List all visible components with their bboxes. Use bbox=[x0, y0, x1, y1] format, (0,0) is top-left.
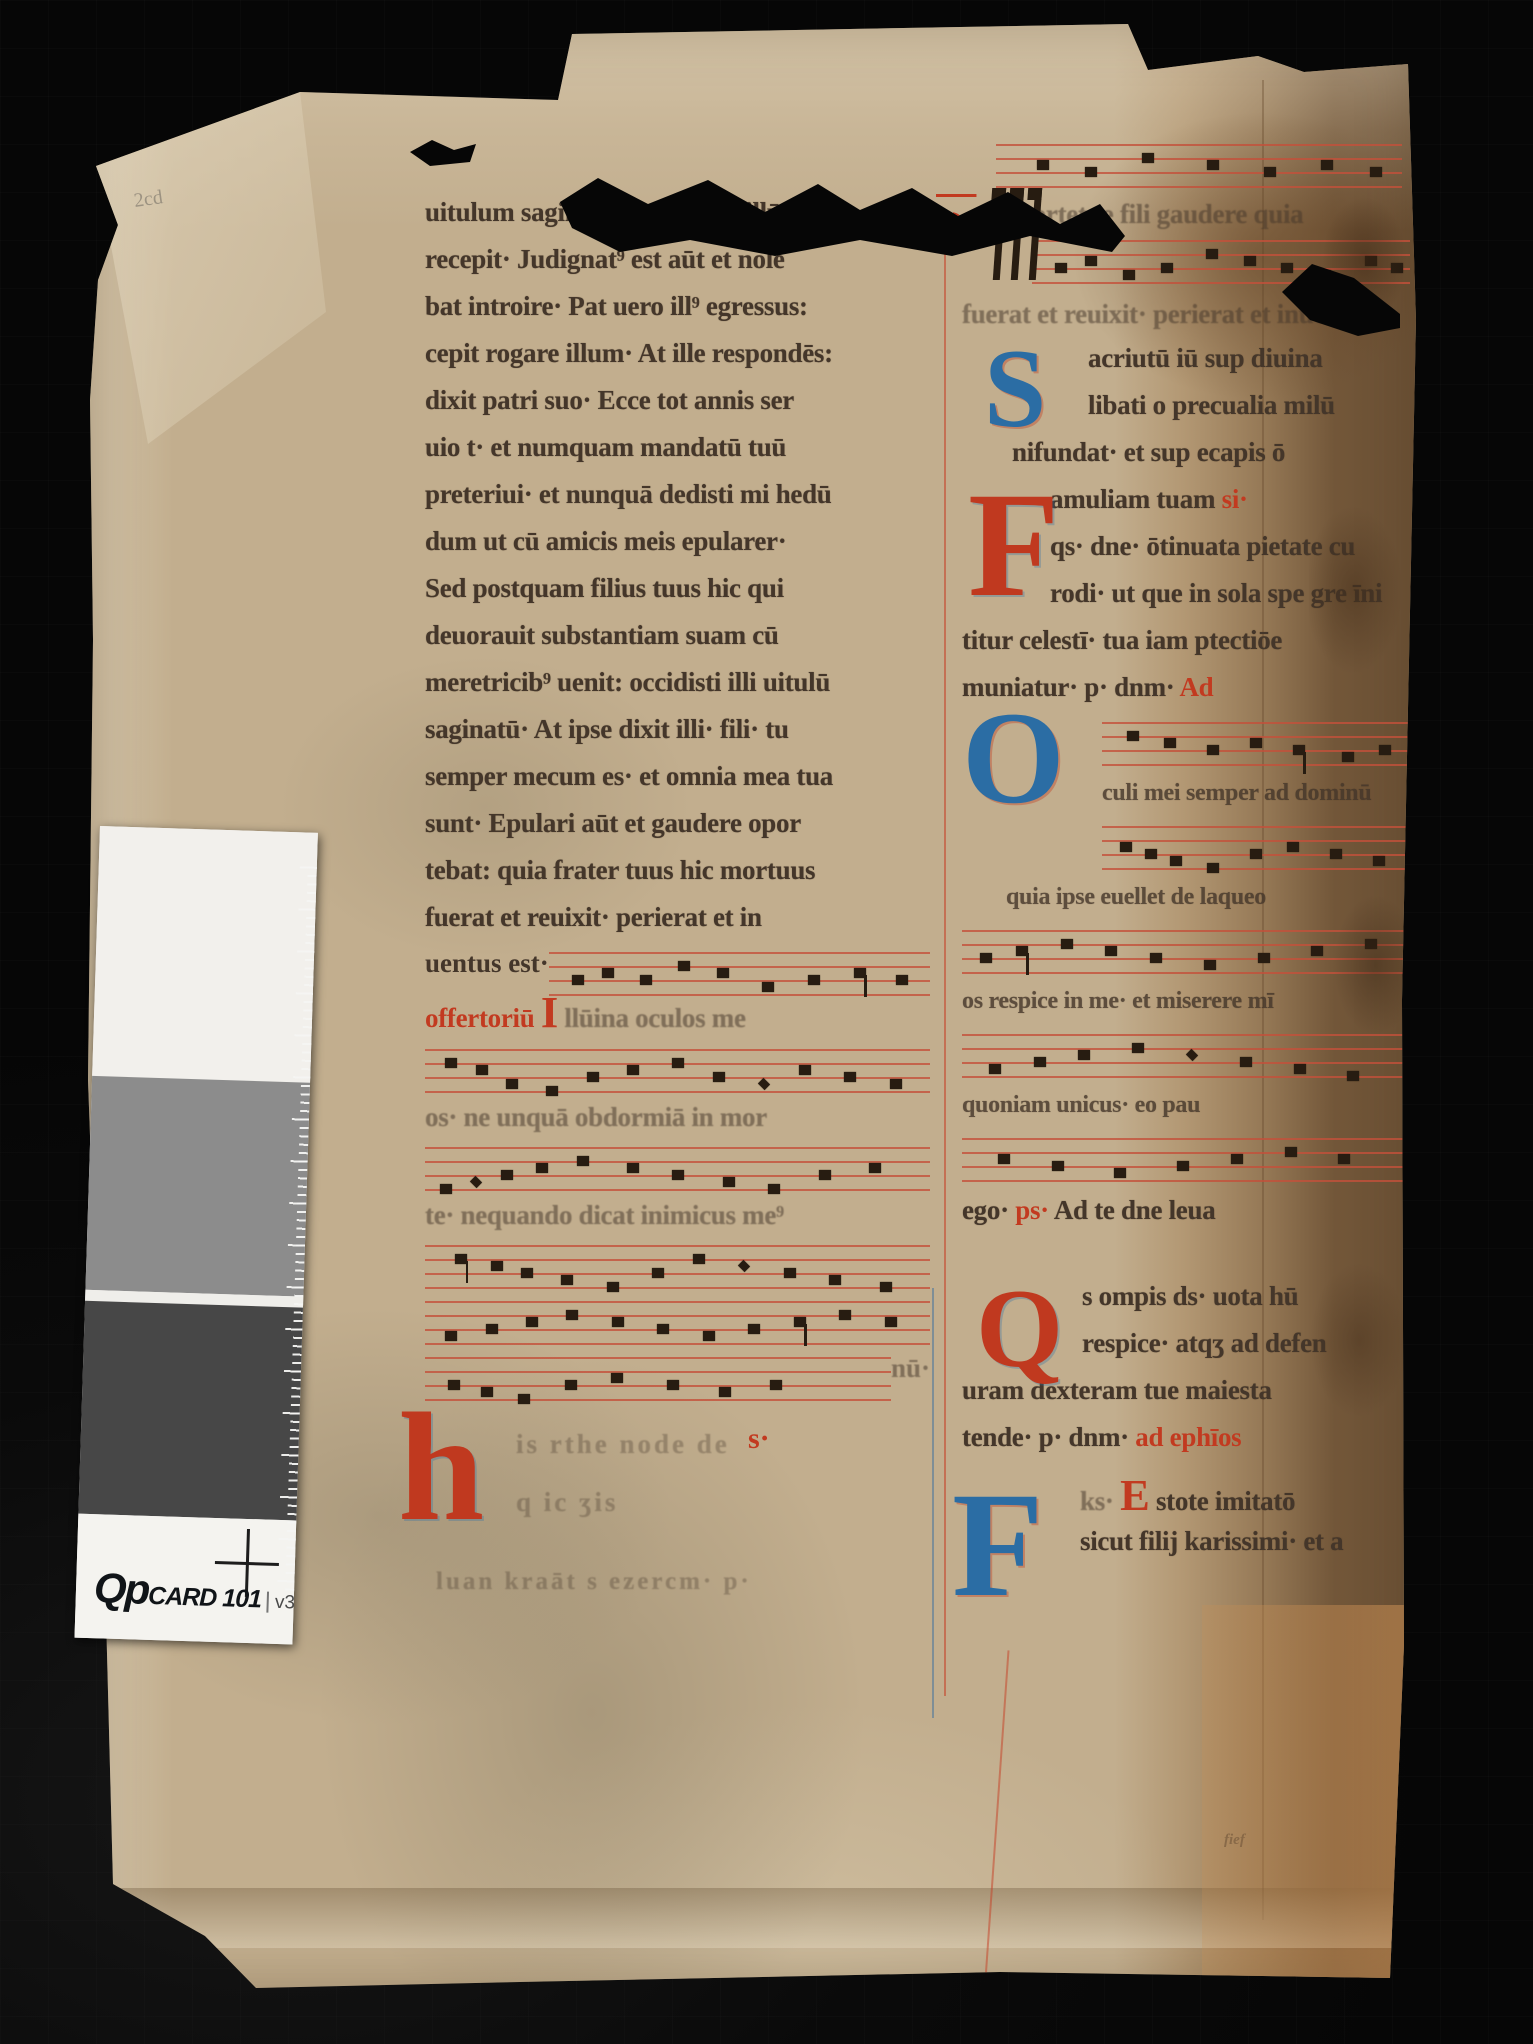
manuscript-line: dum ut cū amicis meis epularer· bbox=[425, 525, 930, 572]
neume bbox=[819, 1170, 831, 1180]
neume bbox=[611, 1373, 623, 1383]
neume bbox=[1052, 1161, 1064, 1171]
neume bbox=[627, 1065, 639, 1075]
neume bbox=[561, 1275, 573, 1285]
neume bbox=[1207, 745, 1219, 755]
neume bbox=[518, 1394, 530, 1404]
illuminated-initial-F: F bbox=[968, 482, 1060, 610]
neume bbox=[486, 1324, 498, 1334]
neume bbox=[998, 1154, 1010, 1164]
neume bbox=[1034, 1057, 1046, 1067]
manuscript-line: sunt· Epulari aūt et gaudere opor bbox=[425, 807, 930, 854]
illuminated-initial-O: O bbox=[962, 702, 1065, 814]
neume bbox=[1264, 167, 1276, 177]
neume bbox=[1078, 1050, 1090, 1060]
manuscript-line: cepit rogare illum· At ille respondēs: bbox=[425, 337, 930, 384]
neume bbox=[1287, 842, 1299, 852]
neume bbox=[844, 1072, 856, 1082]
neume bbox=[880, 1282, 892, 1292]
manuscript-line: bat introire· Pat uero ill⁹ egressus: bbox=[425, 290, 930, 337]
neume bbox=[1150, 953, 1162, 963]
neume bbox=[1244, 256, 1256, 266]
illuminated-initial-Q: Q bbox=[976, 1282, 1063, 1377]
neume bbox=[565, 1380, 577, 1390]
neume bbox=[470, 1176, 482, 1188]
manuscript-line: tebat: quia frater tuus hic mortuus bbox=[425, 854, 930, 901]
neume bbox=[566, 1310, 578, 1320]
neume bbox=[1281, 263, 1293, 273]
patch-white bbox=[92, 826, 318, 1083]
neume bbox=[896, 975, 908, 985]
neume bbox=[770, 1380, 782, 1390]
neume bbox=[667, 1380, 679, 1390]
manuscript-line: fuerat et reuixit· perierat et in bbox=[425, 901, 930, 948]
brand-card-101: CARD 101 bbox=[148, 1582, 262, 1614]
marginal-mark: luan kraāt s ezercm· p· bbox=[436, 1566, 752, 1597]
neume bbox=[1123, 270, 1135, 280]
neume bbox=[587, 1072, 599, 1082]
neume bbox=[829, 1275, 841, 1285]
manuscript-line: uio t· et numquam mandatū tuū bbox=[425, 431, 930, 478]
neume bbox=[672, 1170, 684, 1180]
music-staff-row bbox=[425, 1297, 930, 1353]
calibration-card: QpCARD 101v3 bbox=[74, 826, 317, 1644]
neume bbox=[1231, 1154, 1243, 1164]
manuscript-line: recepit· Judignat⁹ est aūt et nole bbox=[425, 243, 930, 290]
neume bbox=[445, 1331, 457, 1341]
neume bbox=[1127, 731, 1139, 741]
neume bbox=[890, 1079, 902, 1089]
neume bbox=[627, 1163, 639, 1173]
neume bbox=[808, 975, 820, 985]
neume bbox=[440, 1184, 452, 1194]
neume bbox=[980, 953, 992, 963]
neume bbox=[738, 1260, 750, 1272]
neume bbox=[1061, 939, 1073, 949]
neume bbox=[672, 1058, 684, 1068]
music-staff-row: uentus est· bbox=[425, 948, 930, 995]
manuscript-line: offertoriū I llūina oculos me bbox=[425, 995, 930, 1045]
pencil-note: 2cd bbox=[133, 186, 165, 213]
neume bbox=[1120, 842, 1132, 852]
neume bbox=[1016, 946, 1028, 956]
neume bbox=[1142, 153, 1154, 163]
neume bbox=[536, 1163, 548, 1173]
manuscript-line: deuorauit substantiam suam cū bbox=[425, 619, 930, 666]
brand-qp: Qp bbox=[93, 1564, 149, 1613]
neume bbox=[1037, 160, 1049, 170]
column-divider-flourish bbox=[944, 216, 946, 1696]
manuscript-line: dixit patri suo· Ecce tot annis ser bbox=[425, 384, 930, 431]
neume bbox=[703, 1331, 715, 1341]
patch-gray-dark bbox=[78, 1301, 303, 1521]
neume bbox=[506, 1079, 518, 1089]
neume bbox=[1132, 1043, 1144, 1053]
music-staff-row bbox=[425, 1045, 930, 1101]
neume bbox=[1250, 738, 1262, 748]
neume bbox=[521, 1268, 533, 1278]
music-staff-row: nū· bbox=[425, 1353, 930, 1409]
neume bbox=[762, 982, 774, 992]
neume bbox=[1114, 1168, 1126, 1178]
neume bbox=[572, 975, 584, 985]
manuscript-line: os· ne unquā obdormiā in mor bbox=[425, 1101, 930, 1143]
neume bbox=[1186, 1049, 1198, 1061]
neume bbox=[989, 1064, 1001, 1074]
neume bbox=[748, 1324, 760, 1334]
neume bbox=[1055, 263, 1067, 273]
neume bbox=[602, 968, 614, 978]
neume bbox=[612, 1317, 624, 1327]
marginal-mark: s· bbox=[748, 1422, 770, 1456]
stain-band-orange bbox=[1202, 1605, 1420, 1988]
neume bbox=[1207, 160, 1219, 170]
neume bbox=[1085, 167, 1097, 177]
neume bbox=[476, 1065, 488, 1075]
neume bbox=[1145, 849, 1157, 859]
music-staff-row bbox=[425, 1241, 930, 1297]
manuscript-line: Sed postquam filius tuus hic qui bbox=[425, 572, 930, 619]
neume bbox=[1285, 1147, 1297, 1157]
marginal-mark: is rthe node de bbox=[516, 1428, 730, 1462]
neume bbox=[678, 961, 690, 971]
neume bbox=[640, 975, 652, 985]
neume bbox=[607, 1282, 619, 1292]
neume bbox=[577, 1156, 589, 1166]
stain-band-dark bbox=[1309, 140, 1420, 1640]
neume bbox=[784, 1268, 796, 1278]
manuscript-line: semper mecum es· et omnia mea tua bbox=[425, 760, 930, 807]
neume bbox=[501, 1170, 513, 1180]
neume bbox=[1293, 745, 1305, 755]
neume bbox=[1207, 863, 1219, 873]
neume bbox=[1177, 1161, 1189, 1171]
marginal-mark: q ic ʒis bbox=[516, 1486, 618, 1520]
neume bbox=[758, 1078, 770, 1090]
neume bbox=[455, 1254, 467, 1264]
folded-corner-flap bbox=[84, 20, 424, 480]
neume bbox=[1258, 953, 1270, 963]
illuminated-initial-F: F bbox=[952, 1482, 1044, 1610]
photo-backdrop: uitulum saginatū quia saluū illūrecepit·… bbox=[0, 0, 1533, 2044]
manuscript-line: preteriui· et nunquā dedisti mi hedū bbox=[425, 478, 930, 525]
manuscript-line: saginatū· At ipse dixit illi· fili· tu bbox=[425, 713, 930, 760]
manuscript-line: meretricib⁹ uenit: occidisti illi uitulū bbox=[425, 666, 930, 713]
neume bbox=[546, 1086, 558, 1096]
neume bbox=[1240, 1057, 1252, 1067]
neume bbox=[526, 1317, 538, 1327]
neume bbox=[657, 1324, 669, 1334]
patch-gray-mid bbox=[85, 1076, 310, 1297]
brand-version: v3 bbox=[267, 1592, 296, 1614]
neume bbox=[1204, 960, 1216, 970]
neume bbox=[1206, 249, 1218, 259]
neume bbox=[693, 1254, 705, 1264]
neume bbox=[445, 1058, 457, 1068]
neume bbox=[794, 1317, 806, 1327]
neume bbox=[799, 1065, 811, 1075]
neume bbox=[1085, 256, 1097, 266]
blue-flourish-line bbox=[932, 1288, 934, 1718]
neume bbox=[768, 1184, 780, 1194]
neume bbox=[1294, 1064, 1306, 1074]
neume bbox=[713, 1072, 725, 1082]
manuscript-line: te· nequando dicat inimicus me⁹ bbox=[425, 1199, 930, 1241]
neume bbox=[1105, 946, 1117, 956]
neume bbox=[1161, 263, 1173, 273]
neume bbox=[839, 1310, 851, 1320]
neume bbox=[869, 1163, 881, 1173]
neume bbox=[854, 968, 866, 978]
neume bbox=[652, 1268, 664, 1278]
neume bbox=[723, 1177, 735, 1187]
neume bbox=[1170, 856, 1182, 866]
neume bbox=[885, 1317, 897, 1327]
music-staff-row bbox=[425, 1143, 930, 1199]
neume bbox=[1250, 849, 1262, 859]
illuminated-initial-h: h bbox=[398, 1402, 484, 1534]
text-column-left: uitulum saginatū quia saluū illūrecepit·… bbox=[425, 196, 930, 1409]
card-brand: QpCARD 101v3 bbox=[93, 1564, 296, 1618]
tear-hole bbox=[410, 140, 476, 166]
neume bbox=[719, 1387, 731, 1397]
neume bbox=[1164, 738, 1176, 748]
illuminated-initial-S: S bbox=[984, 342, 1046, 437]
neume bbox=[717, 968, 729, 978]
neume bbox=[491, 1261, 503, 1271]
